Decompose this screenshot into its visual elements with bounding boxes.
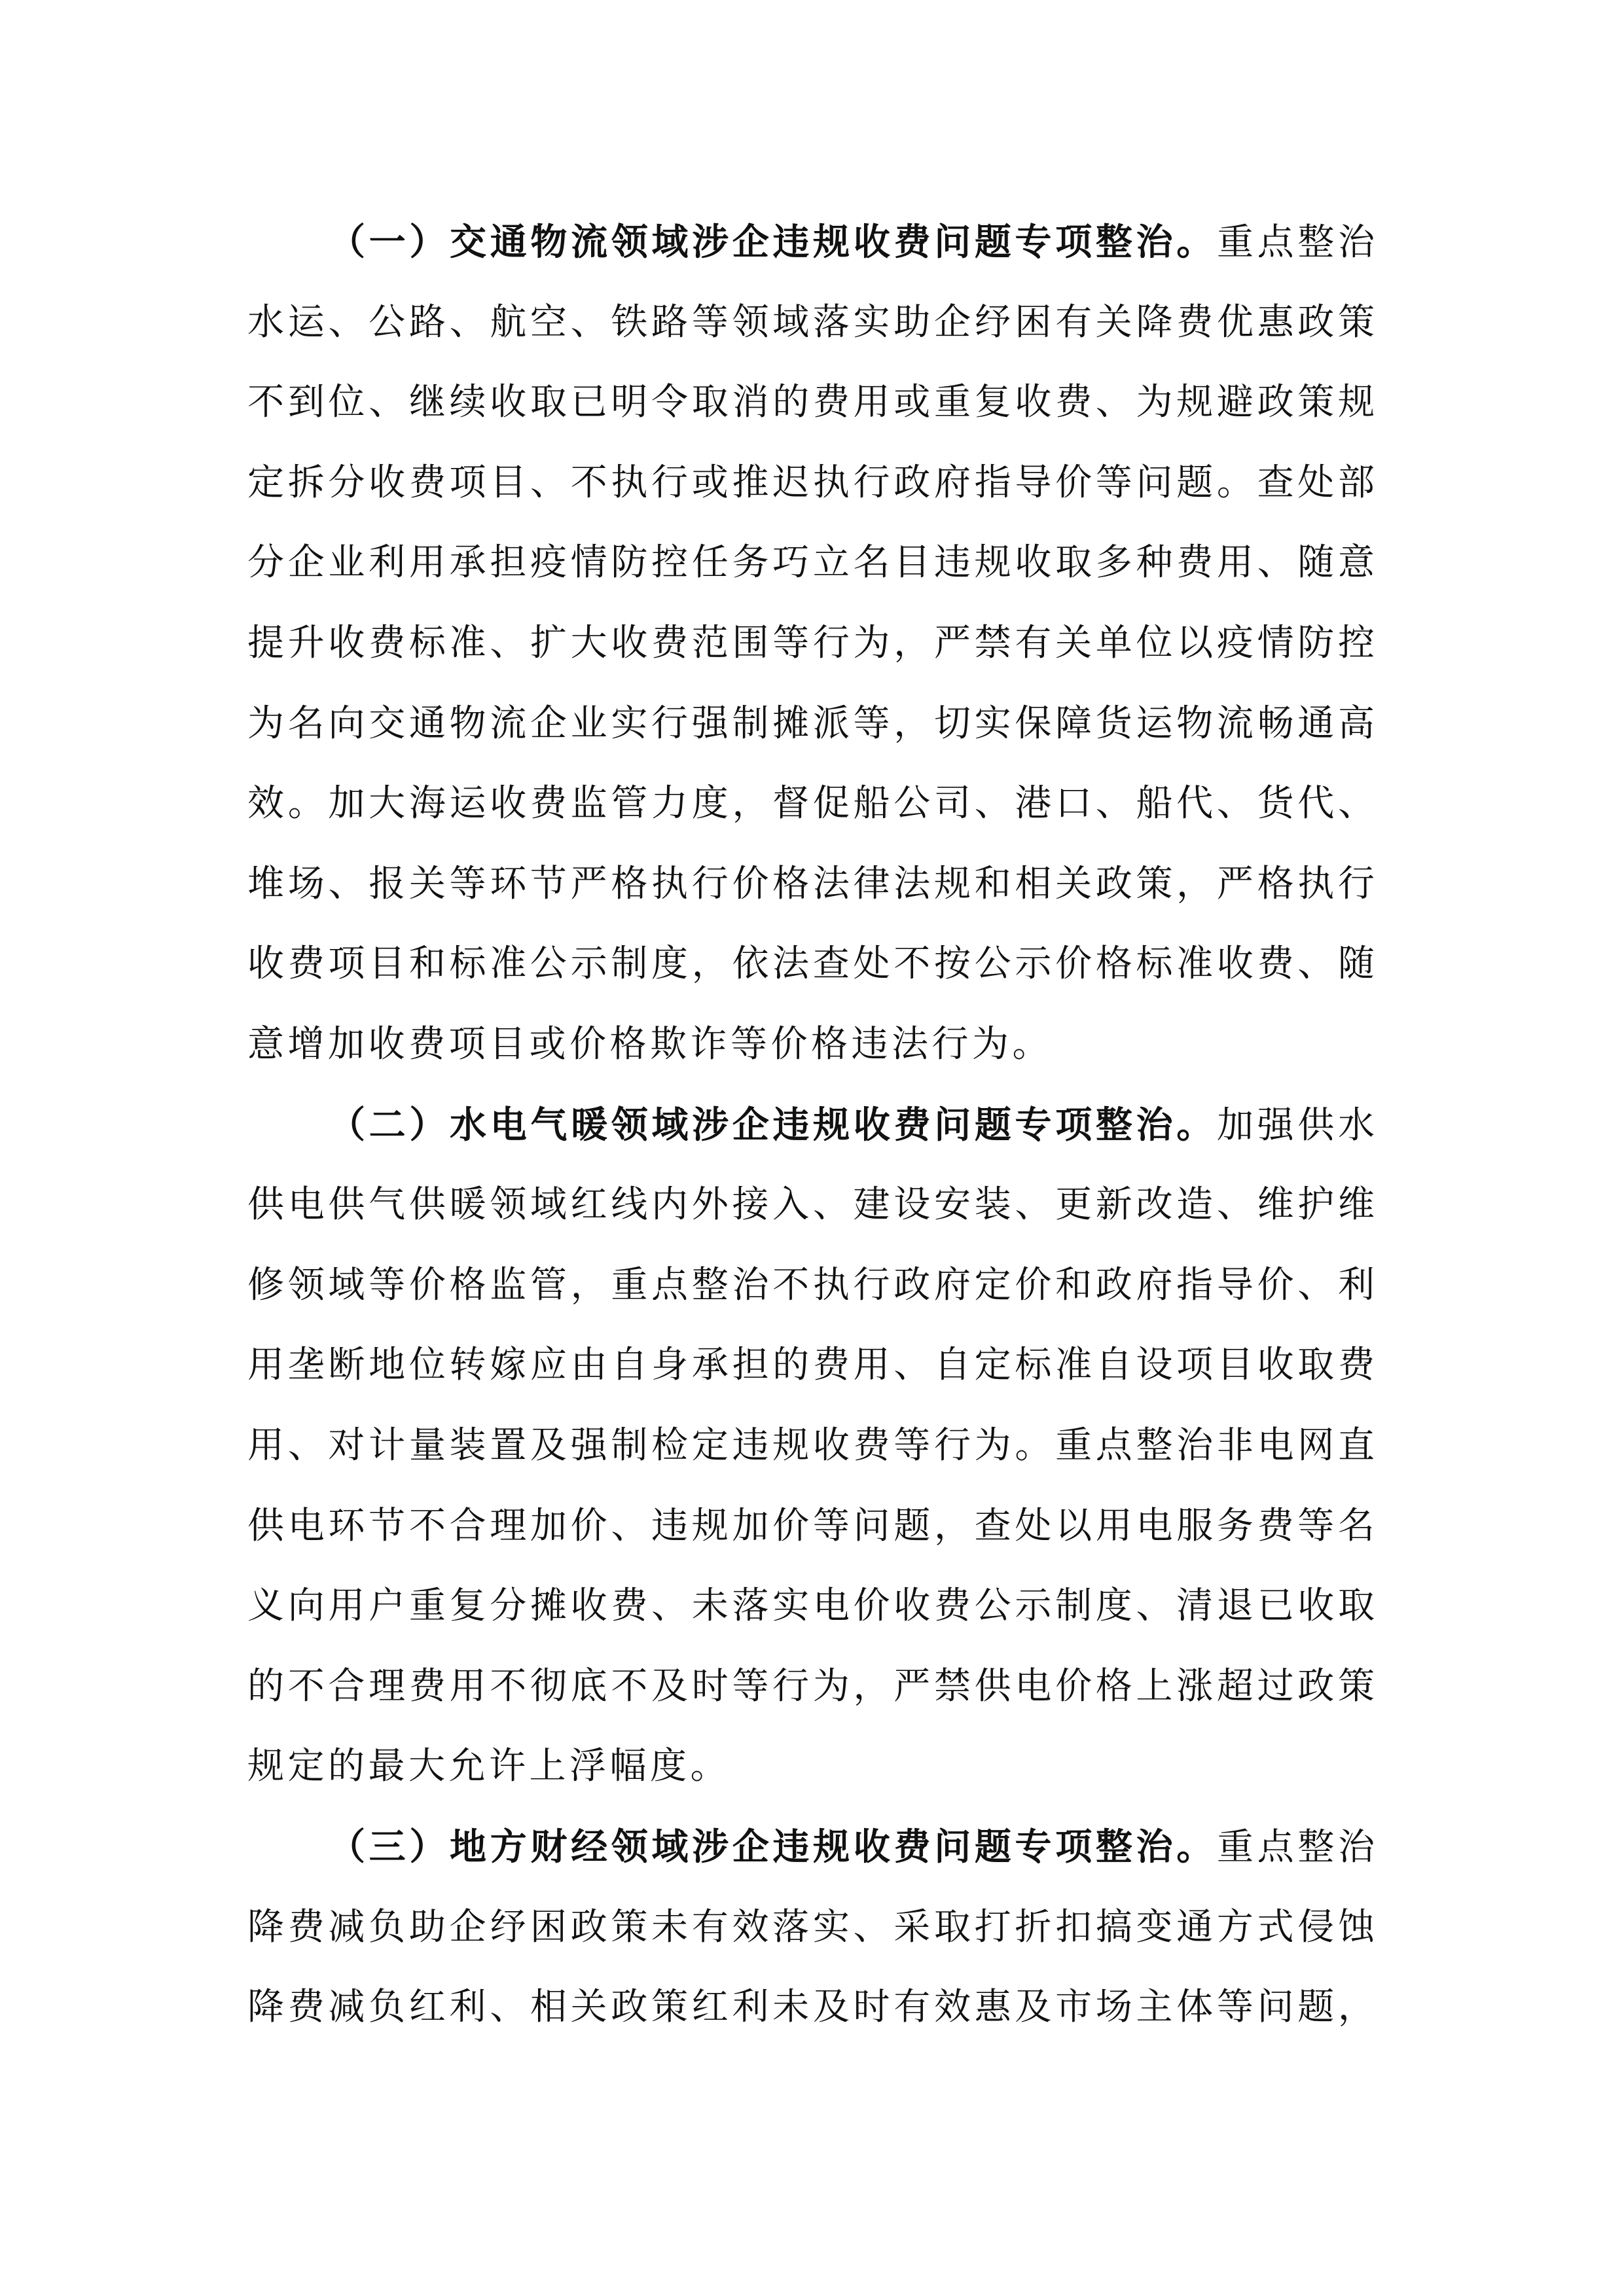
paragraph-2-line-7: 义向用户重复分摊收费、未落实电价收费公示制度、清退已收取 — [247, 1580, 1375, 1632]
paragraph-2-line-2: 供电供气供暖领域红线内外接入、建设安装、更新改造、维护维 — [247, 1179, 1375, 1231]
paragraph-1-line-11: 意增加收费项目或价格欺诈等价格违法行为。 — [247, 1018, 1375, 1071]
paragraph-1-line-3: 不到位、继续收取已明令取消的费用或重复收费、为规避政策规 — [247, 376, 1375, 429]
paragraph-2-line-6: 供电环节不合理加价、违规加价等问题，查处以用电服务费等名 — [247, 1500, 1375, 1552]
paragraph-1-line-2: 水运、公路、航空、铁路等领域落实助企纾困有关降费优惠政策 — [247, 296, 1375, 349]
paragraph-3-line-2: 降费减负助企纾困政策未有效落实、采取打折扣搞变通方式侵蚀 — [247, 1901, 1375, 1954]
document-page: （一）交通物流领域涉企违规收费问题专项整治。重点整治 水运、公路、航空、铁路等领… — [0, 0, 1624, 2296]
paragraph-3-heading: （三）地方财经领域涉企违规收费问题专项整治。 — [329, 1825, 1217, 1869]
paragraph-2-text: 加强供水 — [1217, 1104, 1375, 1147]
paragraph-1-line-6: 提升收费标准、扩大收费范围等行为，严禁有关单位以疫情防控 — [247, 617, 1375, 670]
paragraph-2-line-5: 用、对计量装置及强制检定违规收费等行为。重点整治非电网直 — [247, 1420, 1375, 1472]
paragraph-3-line-1: （三）地方财经领域涉企违规收费问题专项整治。重点整治 — [329, 1821, 1375, 1873]
paragraph-2-line-1: （二）水电气暖领域涉企违规收费问题专项整治。加强供水 — [329, 1099, 1375, 1151]
paragraph-1-line-9: 堆场、报关等环节严格执行价格法律法规和相关政策，严格执行 — [247, 858, 1375, 910]
paragraph-1-line-1: （一）交通物流领域涉企违规收费问题专项整治。重点整治 — [329, 216, 1375, 268]
paragraph-1-line-10: 收费项目和标准公示制度，依法查处不按公示价格标准收费、随 — [247, 938, 1375, 990]
paragraph-3-text: 重点整治 — [1217, 1826, 1375, 1869]
paragraph-1-line-5: 分企业利用承担疫情防控任务巧立名目违规收取多种费用、随意 — [247, 537, 1375, 589]
paragraph-1-text: 重点整治 — [1217, 221, 1375, 264]
paragraph-2-line-4: 用垄断地位转嫁应由自身承担的费用、自定标准自设项目收取费 — [247, 1339, 1375, 1391]
paragraph-2-line-3: 修领域等价格监管，重点整治不执行政府定价和政府指导价、利 — [247, 1259, 1375, 1312]
paragraph-1-heading: （一）交通物流领域涉企违规收费问题专项整治。 — [329, 221, 1217, 264]
paragraph-2-line-9: 规定的最大允许上浮幅度。 — [247, 1740, 1375, 1793]
paragraph-2-heading: （二）水电气暖领域涉企违规收费问题专项整治。 — [329, 1103, 1217, 1147]
paragraph-1-line-8: 效。加大海运收费监管力度，督促船公司、港口、船代、货代、 — [247, 778, 1375, 830]
paragraph-1-line-4: 定拆分收费项目、不执行或推迟执行政府指导价等问题。查处部 — [247, 457, 1375, 509]
paragraph-1-line-7: 为名向交通物流企业实行强制摊派等，切实保障货运物流畅通高 — [247, 698, 1375, 750]
paragraph-2-line-8: 的不合理费用不彻底不及时等行为，严禁供电价格上涨超过政策 — [247, 1660, 1375, 1713]
paragraph-3-line-3: 降费减负红利、相关政策红利未及时有效惠及市场主体等问题， — [247, 1981, 1375, 2034]
